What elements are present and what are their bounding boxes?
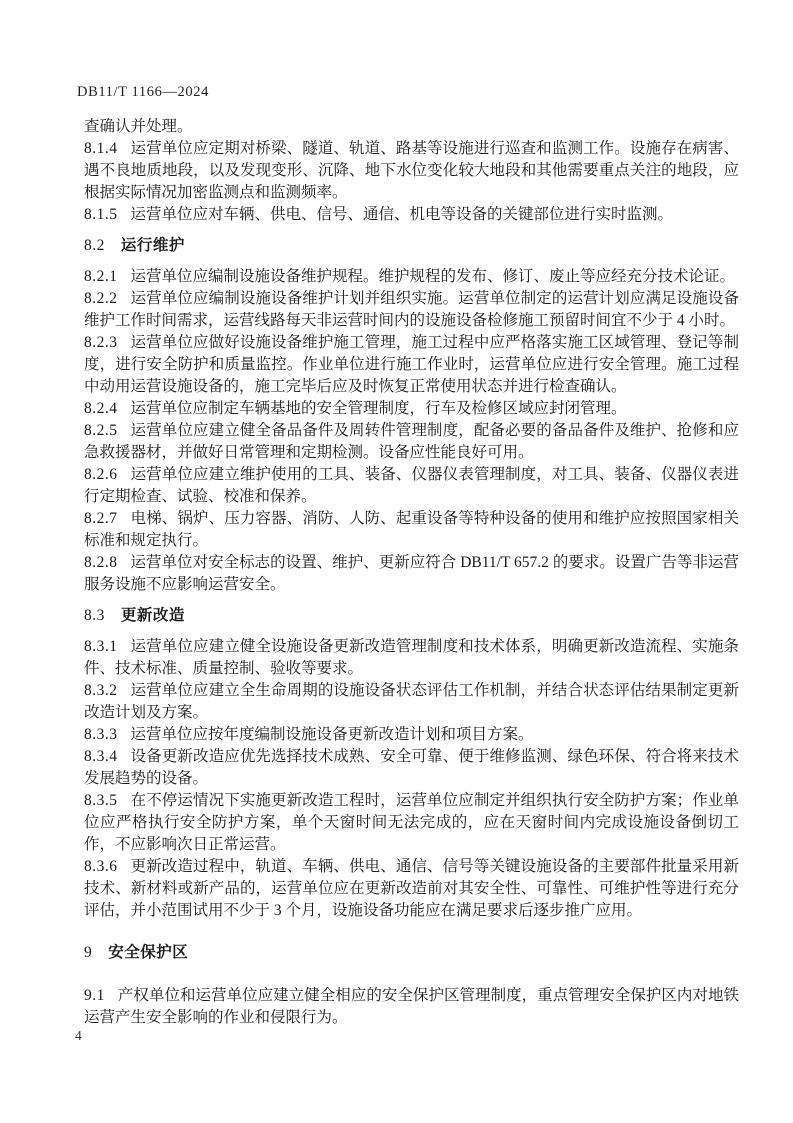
clause-text: 运营单位应编制设施设备维护规程。维护规程的发布、修订、废止等应经充分技术论证。 <box>131 268 736 285</box>
document-header: DB11/T 1166—2024 <box>77 84 209 101</box>
page-number: 4 <box>75 1028 82 1043</box>
clause-paragraph: 8.1.4运营单位应定期对桥梁、隧道、轨道、路基等设施进行巡查和监测工作。设施存… <box>84 138 739 204</box>
clause-text: 运营单位应建立健全设施设备更新改造管理制度和技术体系，明确更新改造流程、实施条件… <box>84 638 739 677</box>
clause-number: 8.3.6 <box>84 858 118 875</box>
section-heading: 9安全保护区 <box>84 942 739 964</box>
clause-text: 运营单位应建立健全备品备件及周转件管理制度，配备必要的备品备件及维护、抢修和应急… <box>84 422 739 461</box>
clause-paragraph: 8.2.6运营单位应建立维护使用的工具、装备、仪器仪表管理制度，对工具、装备、仪… <box>84 464 739 508</box>
document-page: DB11/T 1166—2024 查确认并处理。8.1.4运营单位应定期对桥梁、… <box>0 0 793 1123</box>
section-heading: 8.2运行维护 <box>84 235 739 257</box>
clause-text: 在不停运情况下实施更新改造工程时，运营单位应制定并组织执行安全防护方案；作业单位… <box>84 792 739 853</box>
clause-paragraph: 8.1.5运营单位应对车辆、供电、信号、通信、机电等设备的关键部位进行实时监测。 <box>84 204 739 226</box>
clause-paragraph: 8.2.5运营单位应建立健全备品备件及周转件管理制度，配备必要的备品备件及维护、… <box>84 420 739 464</box>
document-body: 查确认并处理。8.1.4运营单位应定期对桥梁、隧道、轨道、路基等设施进行巡查和监… <box>84 116 739 1029</box>
clause-number: 9.1 <box>84 987 105 1004</box>
clause-paragraph: 8.3.6更新改造过程中，轨道、车辆、供电、通信、信号等关键设施设备的主要部件批… <box>84 856 739 922</box>
clause-paragraph: 8.3.1运营单位应建立健全设施设备更新改造管理制度和技术体系，明确更新改造流程… <box>84 636 739 680</box>
clause-text: 更新改造过程中，轨道、车辆、供电、通信、信号等关键设施设备的主要部件批量采用新技… <box>84 858 739 919</box>
clause-paragraph: 8.3.4设备更新改造应优先选择技术成熟、安全可靠、便于维修监测、绿色环保、符合… <box>84 746 739 790</box>
clause-paragraph: 8.2.7电梯、锅炉、压力容器、消防、人防、起重设备等特种设备的使用和维护应按照… <box>84 508 739 552</box>
heading-title: 更新改造 <box>121 607 185 624</box>
clause-number: 8.2.2 <box>84 290 118 307</box>
clause-number: 8.3.1 <box>84 638 118 655</box>
clause-paragraph: 8.2.8运营单位对安全标志的设置、维护、更新应符合 DB11/T 657.2 … <box>84 552 739 596</box>
clause-text: 电梯、锅炉、压力容器、消防、人防、起重设备等特种设备的使用和维护应按照国家相关标… <box>84 510 739 549</box>
clause-text: 查确认并处理。 <box>84 118 193 135</box>
clause-text: 运营单位应制定车辆基地的安全管理制度，行车及检修区域应封闭管理。 <box>131 400 627 417</box>
clause-number: 8.2.6 <box>84 466 118 483</box>
clause-number: 8.2.8 <box>84 554 118 571</box>
heading-number: 8.2 <box>84 237 105 254</box>
clause-paragraph: 9.1产权单位和运营单位应建立健全相应的安全保护区管理制度，重点管理安全保护区内… <box>84 985 739 1029</box>
heading-title: 运行维护 <box>121 237 185 254</box>
clause-paragraph: 8.3.3运营单位应按年度编制设施设备更新改造计划和项目方案。 <box>84 724 739 746</box>
clause-text: 运营单位应对车辆、供电、信号、通信、机电等设备的关键部位进行实时监测。 <box>131 206 674 223</box>
clause-number: 8.2.3 <box>84 334 118 351</box>
clause-number: 8.3.2 <box>84 682 118 699</box>
clause-paragraph: 8.2.3运营单位应做好设施设备维护施工管理，施工过程中应严格落实施工区域管理、… <box>84 332 739 398</box>
clause-paragraph: 8.3.2运营单位应建立全生命周期的设施设备状态评估工作机制，并结合状态评估结果… <box>84 680 739 724</box>
clause-text: 运营单位应按年度编制设施设备更新改造计划和项目方案。 <box>131 726 534 743</box>
clause-text: 运营单位应做好设施设备维护施工管理，施工过程中应严格落实施工区域管理、登记等制度… <box>84 334 739 395</box>
clause-number: 8.2.5 <box>84 422 118 439</box>
clause-number: 8.1.5 <box>84 206 118 223</box>
clause-text: 运营单位对安全标志的设置、维护、更新应符合 DB11/T 657.2 的要求。设… <box>84 554 739 593</box>
clause-text: 运营单位应编制设施设备维护计划并组织实施。运营单位制定的运营计划应满足设施设备维… <box>84 290 739 329</box>
clause-paragraph: 8.2.1运营单位应编制设施设备维护规程。维护规程的发布、修订、废止等应经充分技… <box>84 266 739 288</box>
clause-number: 8.3.3 <box>84 726 118 743</box>
clause-number: 8.2.1 <box>84 268 118 285</box>
continuation-paragraph: 查确认并处理。 <box>84 116 739 138</box>
clause-number: 8.3.4 <box>84 748 118 765</box>
clause-number: 8.3.5 <box>84 792 118 809</box>
clause-text: 设备更新改造应优先选择技术成熟、安全可靠、便于维修监测、绿色环保、符合将来技术发… <box>84 748 739 787</box>
clause-text: 运营单位应建立全生命周期的设施设备状态评估工作机制，并结合状态评估结果制定更新改… <box>84 682 739 721</box>
clause-paragraph: 8.3.5在不停运情况下实施更新改造工程时，运营单位应制定并组织执行安全防护方案… <box>84 790 739 856</box>
clause-paragraph: 8.2.2运营单位应编制设施设备维护计划并组织实施。运营单位制定的运营计划应满足… <box>84 288 739 332</box>
clause-number: 8.2.7 <box>84 510 118 527</box>
clause-paragraph: 8.2.4运营单位应制定车辆基地的安全管理制度，行车及检修区域应封闭管理。 <box>84 398 739 420</box>
heading-number: 8.3 <box>84 607 105 624</box>
standard-code: DB11/T 1166—2024 <box>77 84 209 100</box>
heading-number: 9 <box>84 944 92 961</box>
clause-text: 产权单位和运营单位应建立健全相应的安全保护区管理制度，重点管理安全保护区内对地铁… <box>84 987 739 1026</box>
section-heading: 8.3更新改造 <box>84 605 739 627</box>
clause-number: 8.2.4 <box>84 400 118 417</box>
heading-title: 安全保护区 <box>108 944 188 961</box>
clause-text: 运营单位应建立维护使用的工具、装备、仪器仪表管理制度，对工具、装备、仪器仪表进行… <box>84 466 739 505</box>
clause-text: 运营单位应定期对桥梁、隧道、轨道、路基等设施进行巡查和监测工作。设施存在病害、遇… <box>84 140 739 201</box>
document-footer: 4 <box>75 1028 82 1044</box>
clause-number: 8.1.4 <box>84 140 118 157</box>
